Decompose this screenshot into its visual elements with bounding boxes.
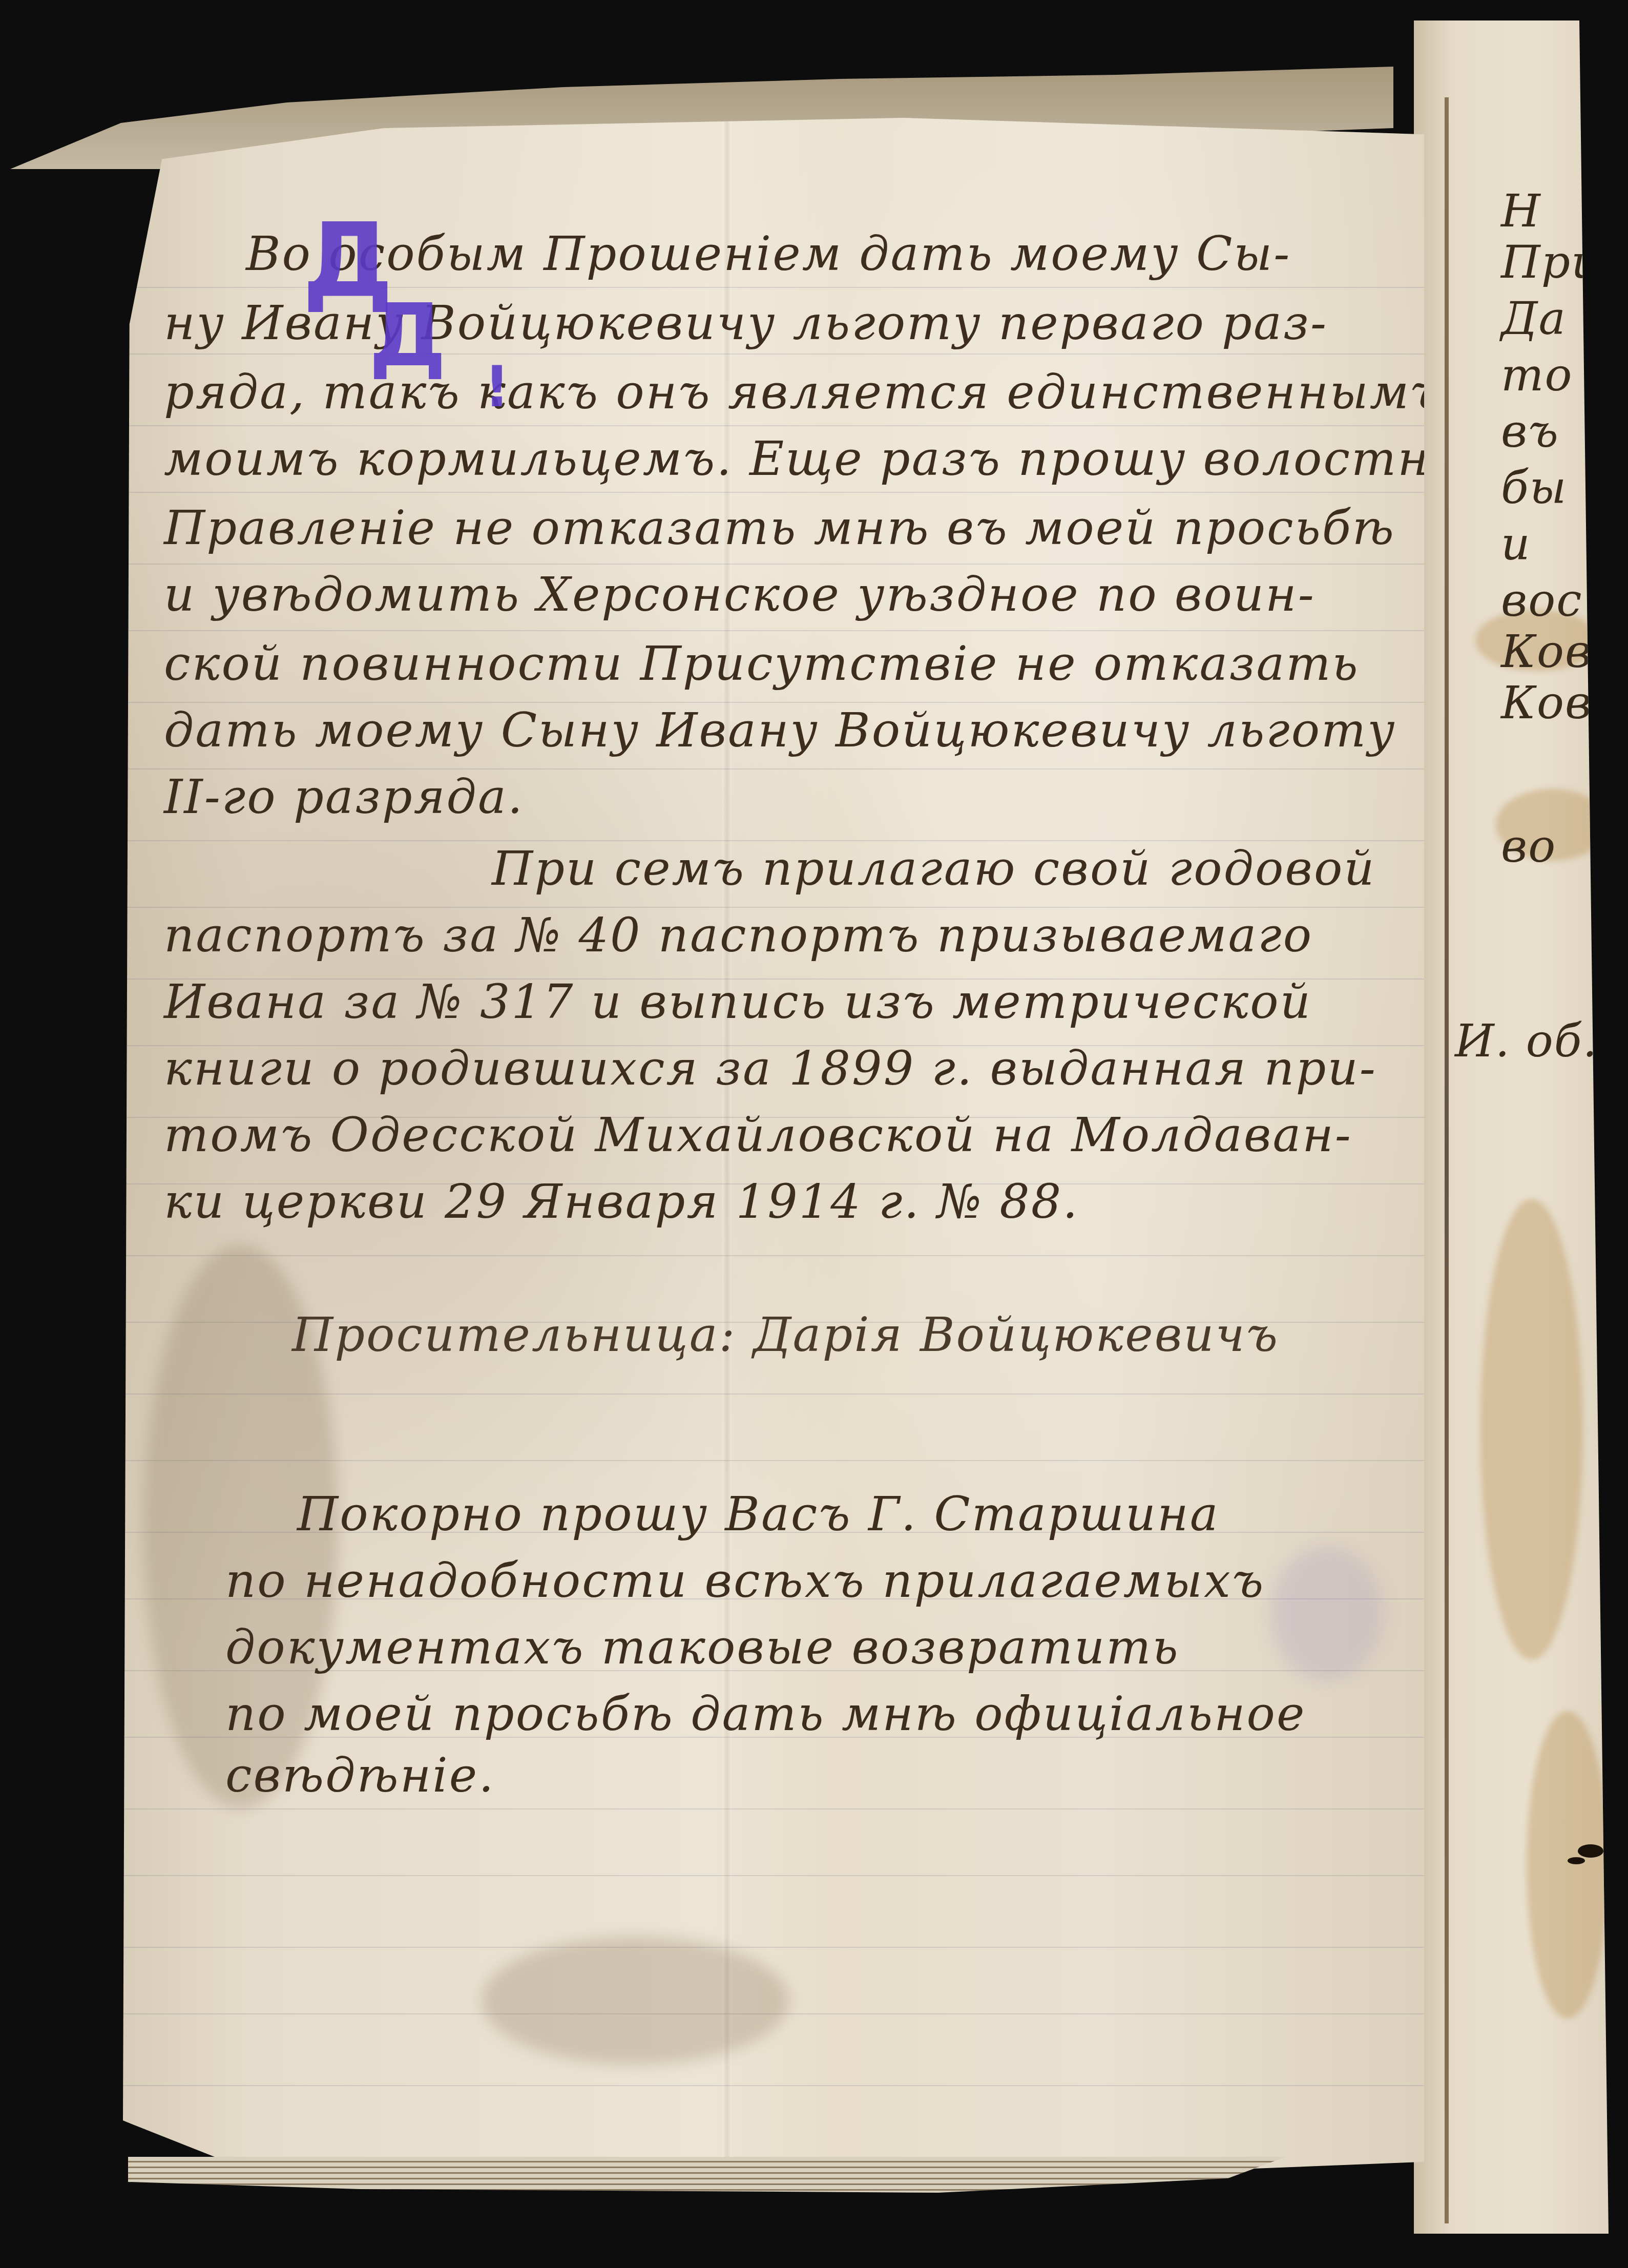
- ruled-line: [123, 492, 1424, 493]
- text-line: Покорно прошу Васъ Г. Старшина: [297, 1491, 1220, 1538]
- text-line: дать моему Сыну Ивану Войцюкевичу льготу: [164, 707, 1396, 754]
- ruled-line: [123, 2085, 1424, 2086]
- ink-blot: [1568, 1857, 1585, 1864]
- fragment-text: Ков: [1501, 676, 1592, 729]
- ruled-line: [123, 630, 1424, 631]
- ink-blot: [1578, 1844, 1603, 1858]
- text-line: Правленіе не отказать мнѣ въ моей просьб…: [164, 505, 1395, 552]
- faded-stamp: [1270, 1547, 1383, 1680]
- dirt-smudge: [482, 1937, 789, 2065]
- purple-annotation-mark: Д: [369, 292, 446, 379]
- text-line: Ивана за № 317 и выпись изъ метрической: [164, 979, 1312, 1026]
- text-line: ской повинности Присутствіе не отказать: [164, 640, 1360, 688]
- text-line: моимъ кормильцемъ. Еще разъ прошу волост…: [164, 435, 1490, 483]
- text-line: паспортъ за № 40 паспортъ призываемаго: [164, 912, 1313, 959]
- main-page: Во особым Прошеніем дать моему Сы- ну Ив…: [123, 118, 1424, 2182]
- ruled-line: [123, 1875, 1424, 1876]
- page-gutter: [1445, 97, 1449, 2223]
- fragment-text: бы: [1501, 461, 1567, 514]
- fragment-text: Ков: [1501, 625, 1592, 678]
- ruled-line: [123, 1808, 1424, 1809]
- text-line: Во особым Прошеніем дать моему Сы-: [246, 231, 1291, 278]
- text-line: ки церкви 29 Января 1914 г. № 88.: [164, 1178, 1079, 1225]
- fragment-text: вос: [1501, 574, 1582, 627]
- purple-annotation-mark: !: [484, 359, 510, 415]
- fragment-text: то: [1501, 348, 1573, 401]
- ruled-line: [123, 425, 1424, 426]
- fragment-text: и: [1501, 517, 1531, 570]
- fragment-text: во: [1501, 820, 1556, 872]
- ruled-line: [123, 1255, 1424, 1256]
- text-line: ряда, такъ какъ онъ является единственны…: [164, 369, 1443, 416]
- signature-line: Просительница: Дарія Войцюкевичъ: [292, 1312, 1279, 1359]
- text-line: свѣдѣніе.: [225, 1752, 495, 1799]
- text-line: по ненадобности всѣхъ прилагаемыхъ: [225, 1557, 1265, 1605]
- text-line: по моей просьбѣ дать мнѣ офиціальное: [225, 1691, 1306, 1738]
- water-stain: [1480, 1199, 1583, 1660]
- text-line: II-го разряда.: [164, 774, 524, 821]
- ruled-line: [123, 564, 1424, 565]
- text-line: томъ Одесской Михайловской на Молдаван-: [164, 1112, 1352, 1159]
- ruled-line: [123, 353, 1424, 355]
- adjacent-page-right: Н При Да то въ бы и вос Ков Ков во И. об…: [1414, 20, 1609, 2234]
- text-line: и увѣдомить Херсонское уѣздное по воин-: [164, 571, 1316, 618]
- fragment-text: Да: [1501, 292, 1567, 345]
- ruled-line: [123, 1947, 1424, 1948]
- text-line: книги о родившихся за 1899 г. выданная п…: [164, 1045, 1377, 1092]
- fragment-text: Н: [1501, 184, 1541, 237]
- water-stain: [1527, 1711, 1609, 2019]
- text-line: При семъ прилагаю свой годовой: [492, 845, 1376, 892]
- fragment-text: въ: [1501, 405, 1559, 457]
- text-line: документахъ таковые возвратить: [225, 1624, 1180, 1671]
